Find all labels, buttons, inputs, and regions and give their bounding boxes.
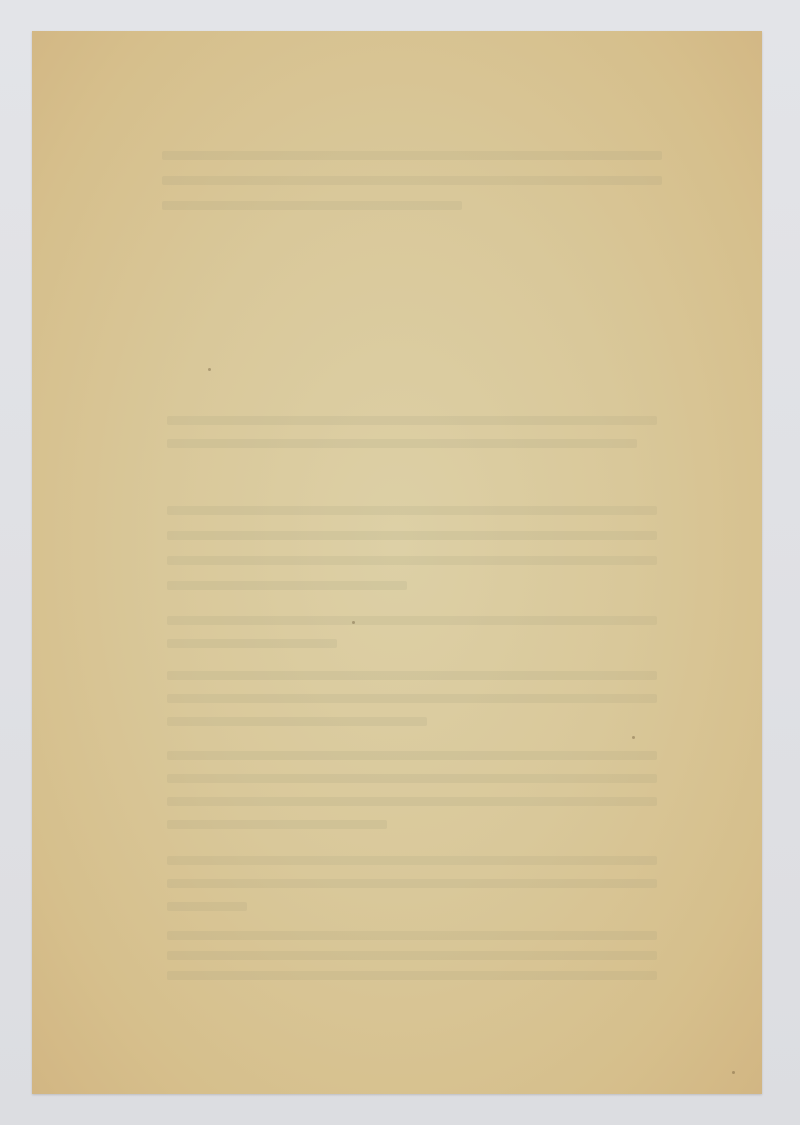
ghost-text-line	[167, 416, 657, 425]
ghost-text-line	[167, 556, 657, 565]
ghost-heading	[172, 266, 652, 406]
ghost-text-line	[167, 751, 657, 760]
ghost-text-line	[167, 581, 407, 590]
ghost-text-line	[162, 176, 662, 185]
ghost-text-line	[167, 902, 247, 911]
paper-speck	[208, 368, 211, 371]
ghost-text-line	[167, 774, 657, 783]
ghost-text-line	[167, 879, 657, 888]
ghost-text-line	[167, 797, 657, 806]
ghost-text-line	[167, 671, 657, 680]
paper-speck	[632, 736, 635, 739]
ghost-text-line	[167, 439, 637, 448]
ghost-text-line	[167, 694, 657, 703]
ghost-text-line	[167, 717, 427, 726]
ghost-text-line	[167, 506, 657, 515]
ghost-text-line	[162, 151, 662, 160]
ghost-text-line	[162, 201, 462, 210]
ghost-text-line	[167, 856, 657, 865]
paper-speck	[732, 1071, 735, 1074]
ghost-text-line	[167, 820, 387, 829]
ghost-text-line	[167, 951, 657, 960]
ghost-text-line	[167, 971, 657, 980]
ghost-text-line	[167, 616, 657, 625]
ghost-text-line	[167, 531, 657, 540]
ghost-text-line	[167, 931, 657, 940]
paper-speck	[352, 621, 355, 624]
ghost-text-line	[167, 639, 337, 648]
paper-sheet	[32, 31, 762, 1094]
